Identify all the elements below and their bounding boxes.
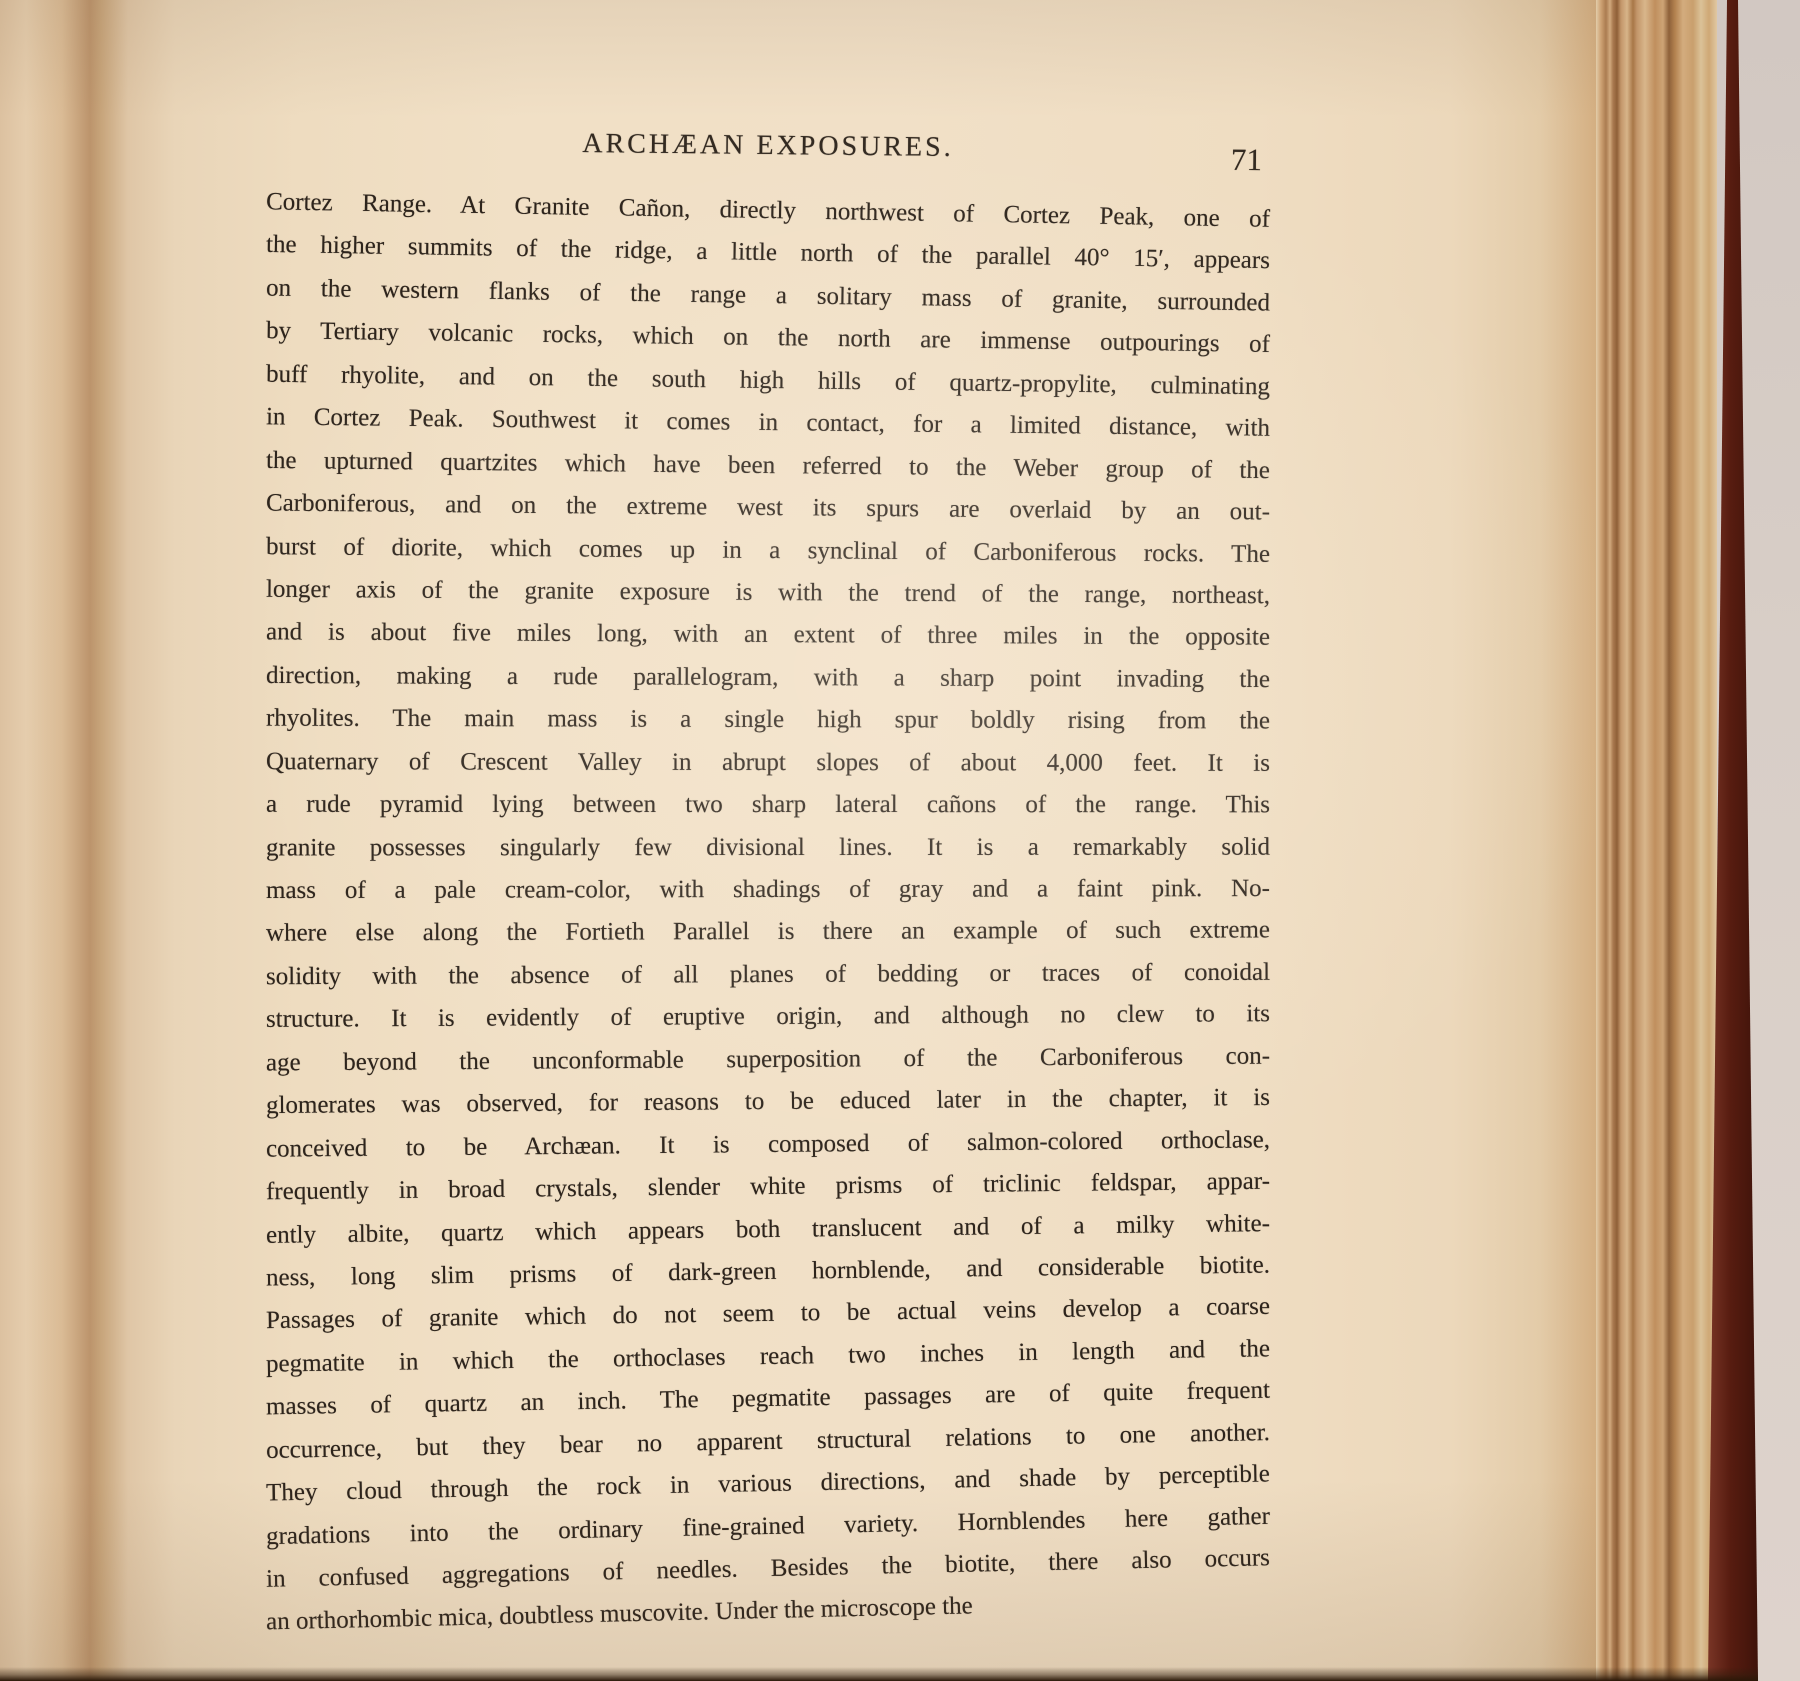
fore-edge-page-stack [1596, 0, 1717, 1681]
text-line-10: longer axis of the granite exposure is w… [266, 569, 1270, 618]
book-page: ARCHÆAN EXPOSURES. 71 Cortez Range. At G… [0, 0, 1600, 1681]
text-line-13: rhyolites. The main mass is a single hig… [266, 698, 1270, 743]
bottom-edge-shadow [0, 1667, 1758, 1681]
text-line-17: mass of a pale cream-color, with shading… [266, 868, 1270, 912]
running-head-title: ARCHÆAN EXPOSURES. [266, 125, 1270, 168]
page-header: ARCHÆAN EXPOSURES. 71 [266, 130, 1270, 174]
body-text: Cortez Range. At Granite Cañon, directly… [266, 190, 1270, 1633]
book-photo: ARCHÆAN EXPOSURES. 71 Cortez Range. At G… [0, 0, 1800, 1681]
text-line-14: Quaternary of Crescent Valley in abrupt … [266, 741, 1270, 785]
page-content: ARCHÆAN EXPOSURES. 71 Cortez Range. At G… [266, 0, 1270, 1681]
text-line-12: direction, making a rude parallelogram, … [266, 655, 1270, 702]
text-line-20: structure. It is evidently of eruptive o… [266, 993, 1270, 1041]
text-line-9: burst of diorite, which comes up in a sy… [266, 526, 1270, 576]
text-line-19: solidity with the absence of all planes … [266, 952, 1270, 999]
page-number: 71 [1231, 142, 1262, 178]
text-line-18: where else along the Fortieth Parallel i… [266, 910, 1270, 956]
text-line-15: a rude pyramid lying between two sharp l… [266, 784, 1270, 827]
text-line-11: and is about five miles long, with an ex… [266, 612, 1270, 660]
text-line-8: Carboniferous, and on the extreme west i… [266, 483, 1270, 534]
text-line-16: granite possesses singularly few divisio… [266, 826, 1270, 869]
